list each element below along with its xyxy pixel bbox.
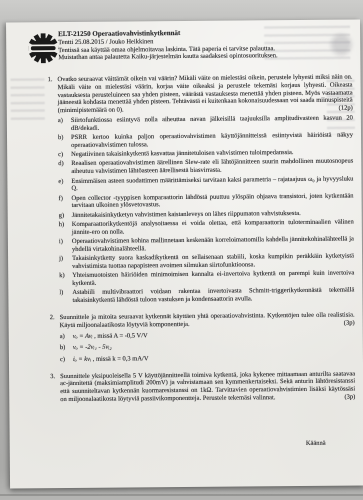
- tut-cogwheel-logo-icon: [28, 33, 58, 63]
- formula-condition: , missä A = -0,5 V/V: [93, 332, 148, 339]
- question-intro-text: Suunnittele ja mitoita seuraavat kytkenn…: [60, 312, 355, 329]
- turn-over-note: Käännä: [32, 439, 356, 450]
- item-label: a): [60, 333, 65, 341]
- question-intro-text: Ovatko seuraavat väittämät oikein vai vä…: [57, 74, 352, 115]
- header-text: ELT-21250 Operaatiovahvistinkytkennät Te…: [58, 29, 352, 63]
- item-text: Operaatiovahvistimen kohina mallinnetaan…: [72, 236, 354, 253]
- points-badge: (3p): [344, 319, 355, 327]
- question-intro: Ovatko seuraavat väittämät oikein vai vä…: [57, 74, 352, 116]
- item-label: b): [60, 344, 65, 352]
- statement-item-i: i)Operaatiovahvistimen kohina mallinneta…: [59, 236, 354, 254]
- item-label: g): [59, 212, 64, 220]
- formula-condition: , missä k = 0,3 mA/V: [91, 355, 149, 363]
- statement-item-b: b)PSRR kertoo kuinka paljon operaatiovah…: [58, 132, 353, 150]
- formula-text: iₒ = kvᵢ: [73, 356, 91, 363]
- question-body: Ovatko seuraavat väittämät oikein vai vä…: [57, 74, 354, 306]
- item-text: Negatiivinen takaisinkytkentä kasvattaa …: [71, 149, 293, 158]
- question-3: 3. Suunnittele yksipuoleisella 5 V käytt…: [31, 370, 355, 404]
- formula-text: vₒ = -2vᵢ₁ - 5vᵢ₂: [73, 344, 112, 351]
- statement-item-l: l)Astabiili multivibraattori voidaan rak…: [59, 287, 354, 305]
- question-intro-text: Suunnittele yksipuoleisella 5 V käyttöjä…: [60, 370, 355, 403]
- statement-item-j: j)Takaisinkytketty suora kaskadikytkentä…: [59, 253, 354, 271]
- points-badge: (12p): [339, 105, 353, 113]
- statement-item-k: k)Yhteismuotoisten häiriöiden minimoimis…: [59, 270, 354, 288]
- statement-item-f: f)Open collector -tyyppisen komparaattor…: [59, 192, 354, 210]
- item-label: i): [59, 238, 63, 246]
- item-text: Astabiili multivibraattori voidaan raken…: [72, 287, 354, 304]
- exam-paper: ELT-21250 Operaatiovahvistinkytkennät Te…: [6, 19, 363, 488]
- question-intro: Suunnittele ja mitoita seuraavat kytkenn…: [60, 312, 355, 330]
- formula-item-c: c)iₒ = kvᵢ , missä k = 0,3 mA/V: [60, 353, 355, 363]
- item-label: b): [58, 134, 63, 142]
- item-text: Yhteismuotoisten häiriöiden minimoimisen…: [72, 270, 354, 287]
- exam-header: ELT-21250 Operaatiovahvistinkytkennät Te…: [28, 29, 352, 68]
- statement-item-d: d)Reaalisen operaatiovahvistimen äärelli…: [58, 158, 353, 176]
- statement-item-a: a)Siirtofunktiossa esiintyvä nolla aiheu…: [58, 115, 353, 133]
- formula-list: a)vₒ = Avᵢ , missä A = -0,5 V/V b)vₒ = -…: [60, 331, 355, 364]
- item-label: f): [59, 195, 63, 203]
- question-body: Suunnittele yksipuoleisella 5 V käyttöjä…: [60, 370, 355, 404]
- question-intro: Suunnittele yksipuoleisella 5 V käyttöjä…: [60, 370, 355, 404]
- statement-list: a)Siirtofunktiossa esiintyvä nolla aiheu…: [58, 115, 355, 306]
- item-text: PSRR kertoo kuinka paljon operaatiovahvi…: [71, 132, 353, 149]
- item-label: c): [58, 151, 63, 159]
- item-text: Open collector -tyyppisen komparaattorin…: [72, 192, 354, 209]
- scanner-edge-line: [0, 494, 363, 496]
- formula-item-a: a)vₒ = Avᵢ , missä A = -0,5 V/V: [60, 331, 355, 341]
- item-label: c): [60, 356, 65, 364]
- statement-item-h: h)Komparaattorikytkentöjä analysoitaessa…: [59, 219, 354, 237]
- instruction-line-2: Muistathan antaa palautetta Kaiku-järjes…: [58, 52, 352, 62]
- item-label: h): [59, 221, 64, 229]
- page-content: ELT-21250 Operaatiovahvistinkytkennät Te…: [6, 19, 363, 450]
- question-number: 3.: [31, 373, 55, 404]
- statement-item-e: e)Ensimmäisen asteen suodattimen määritt…: [58, 175, 353, 193]
- item-text: Siirtofunktiossa esiintyvä nolla aiheutt…: [71, 115, 353, 132]
- item-label: j): [59, 255, 63, 263]
- question-2: 2. Suunnittele ja mitoita seuraavat kytk…: [31, 312, 355, 364]
- formula-text: vₒ = Avᵢ: [73, 333, 93, 340]
- question-1: 1. Ovatko seuraavat väittämät oikein vai…: [28, 74, 354, 306]
- question-number: 2.: [31, 314, 55, 364]
- question-number: 1.: [28, 76, 54, 305]
- item-label: d): [58, 161, 63, 169]
- item-text: Takaisinkytketty suora kaskadikytkentä o…: [72, 253, 354, 270]
- item-label: k): [59, 272, 64, 280]
- item-text: Reaalisen operaatiovahvistimen äärelline…: [71, 158, 353, 175]
- item-text: Ensimmäisen asteen suodattimen määrittäm…: [71, 175, 353, 192]
- points-badge: (3p): [344, 393, 355, 401]
- item-text: Jännitetakaisinkytketyn vahvistimen kais…: [72, 210, 301, 219]
- item-text: Komparaattorikytkentöjä analysoitaessa e…: [72, 219, 354, 236]
- item-label: l): [59, 289, 63, 297]
- formula-item-b: b)vₒ = -2vᵢ₁ - 5vᵢ₂: [60, 342, 355, 352]
- item-label: e): [58, 178, 63, 186]
- scanned-page-background: ELT-21250 Operaatiovahvistinkytkennät Te…: [0, 0, 363, 500]
- item-label: a): [58, 117, 63, 125]
- question-body: Suunnittele ja mitoita seuraavat kytkenn…: [60, 312, 355, 364]
